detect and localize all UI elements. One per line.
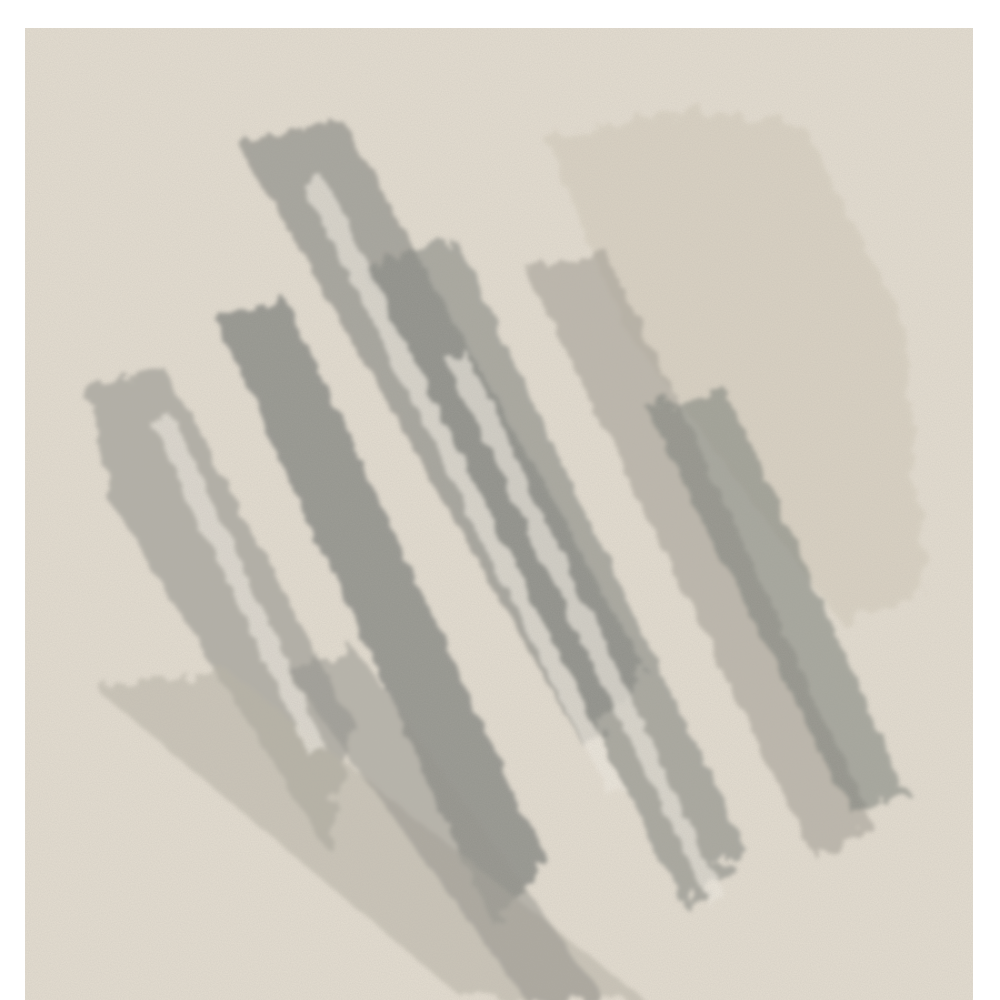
abstract-rug	[25, 28, 973, 1000]
brushstroke-pattern	[25, 28, 973, 1000]
product-image	[0, 0, 1000, 1000]
